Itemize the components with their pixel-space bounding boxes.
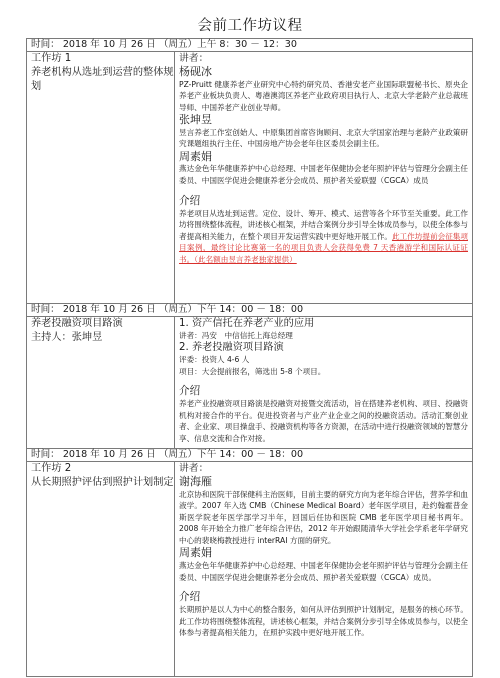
speaker-name: 张坤昱 xyxy=(179,113,468,127)
agenda-item-line: 项目：大会提前报名，筛选出 5-8 个项目。 xyxy=(179,366,468,377)
session-topic-cell: 工作坊 2 从长期照护评估到照护计划制定 xyxy=(27,462,175,677)
intro-heading: 介绍 xyxy=(179,385,468,398)
speaker-name: 杨砚冰 xyxy=(179,65,468,79)
workshop-label: 工作坊 2 xyxy=(31,462,174,476)
session-topic-cell: 养老投融资项目路演 主持人：张坤昱 xyxy=(27,317,175,449)
session-row: 养老投融资项目路演 主持人：张坤昱 1. 资产信托在养老产业的应用 讲者：冯安 … xyxy=(27,317,473,449)
speakers-label: 讲者： xyxy=(179,52,468,65)
session-time: 时间： 2018 年 10 月 26 日 （周五）下午 14：00 － 18：0… xyxy=(27,449,473,462)
workshop-label: 工作坊 1 xyxy=(31,52,174,66)
speaker-name: 周素娟 xyxy=(179,150,468,164)
speakers-label: 讲者： xyxy=(179,462,468,475)
speaker-bio: 燕达金色年华健康养护中心总经理、中国老年保健协会老年照护评估与管理分会副主任委员… xyxy=(179,560,468,583)
speaker-bio: PZ-Pruitt 健康养老产业研究中心特约研究员、香港安老产业国际联盟秘书长、… xyxy=(179,79,468,114)
host-name: 主持人：张坤昱 xyxy=(31,331,174,345)
session-time-row: 时间： 2018 年 10 月 26 日 （周五）下午 14：00 － 18：0… xyxy=(27,449,473,462)
intro-heading: 介绍 xyxy=(179,591,468,604)
speaker-bio: 燕达金色年华健康养护中心总经理、中国老年保健协会老年照护评估与管理分会副主任委员… xyxy=(179,163,468,186)
intro-text: 养老项目从选址到运营。定位、设计、筹开、模式、运营等各个环节至关重要。此工作坊将… xyxy=(179,208,468,266)
intro-text: 养老产业投融资项目路演是投融资对接暨交流活动，旨在搭建养老机构、项目、投融资机构… xyxy=(179,398,468,444)
speaker-name: 周素娟 xyxy=(179,546,468,560)
session-row: 工作坊 2 从长期照护评估到照护计划制定 讲者： 谢海雁 北京协和医院干部保健科… xyxy=(27,462,473,677)
page-title: 会前工作坊议程 xyxy=(0,14,500,35)
speaker-bio: 昱言养老工作室创始人、中原集团首席咨询顾问、北京大学国家治理与老龄产业政策研究课… xyxy=(179,127,468,150)
agenda-item-line: 评委：投资人 4-6 人 xyxy=(179,354,468,365)
session-time: 时间： 2018 年 10 月 26 日 （周五）下午 14：00 － 18：0… xyxy=(27,304,473,317)
speaker-bio: 北京协和医院干部保健科主治医师，目前主要的研究方向为老年综合评估，营养学和血液学… xyxy=(179,489,468,547)
agenda-table: 时间： 2018 年 10 月 26 日 （周五）上午 8：30 － 12：30… xyxy=(26,38,473,677)
session-detail-cell: 讲者： 谢海雁 北京协和医院干部保健科主治医师，目前主要的研究方向为老年综合评估… xyxy=(175,462,473,677)
session-detail-cell: 1. 资产信托在养老产业的应用 讲者：冯安 中信信托上海总经理 2. 养老投融资… xyxy=(175,317,473,449)
agenda-item-heading: 2. 养老投融资项目路演 xyxy=(179,341,468,354)
agenda-item-line: 讲者：冯安 中信信托上海总经理 xyxy=(179,330,468,341)
workshop-title: 从长期照护评估到照护计划制定 xyxy=(31,476,174,490)
speaker-name: 谢海雁 xyxy=(179,475,468,489)
session-topic-cell: 工作坊 1 养老机构从选址到运营的整体规划 xyxy=(27,52,175,304)
roadshow-title: 养老投融资项目路演 xyxy=(31,317,174,331)
session-time: 时间： 2018 年 10 月 26 日 （周五）上午 8：30 － 12：30 xyxy=(27,39,473,52)
session-row: 工作坊 1 养老机构从选址到运营的整体规划 讲者： 杨砚冰 PZ-Pruitt … xyxy=(27,52,473,304)
session-time-row: 时间： 2018 年 10 月 26 日 （周五）下午 14：00 － 18：0… xyxy=(27,304,473,317)
intro-heading: 介绍 xyxy=(179,195,468,208)
session-time-row: 时间： 2018 年 10 月 26 日 （周五）上午 8：30 － 12：30 xyxy=(27,39,473,52)
session-detail-cell: 讲者： 杨砚冰 PZ-Pruitt 健康养老产业研究中心特约研究员、香港安老产业… xyxy=(175,52,473,304)
workshop-title: 养老机构从选址到运营的整体规划 xyxy=(31,66,174,94)
intro-text: 长期照护是以人为中心的整合服务，如何从评估到照护计划制定，是服务的核心环节。此工… xyxy=(179,604,468,639)
agenda-item-heading: 1. 资产信托在养老产业的应用 xyxy=(179,317,468,330)
